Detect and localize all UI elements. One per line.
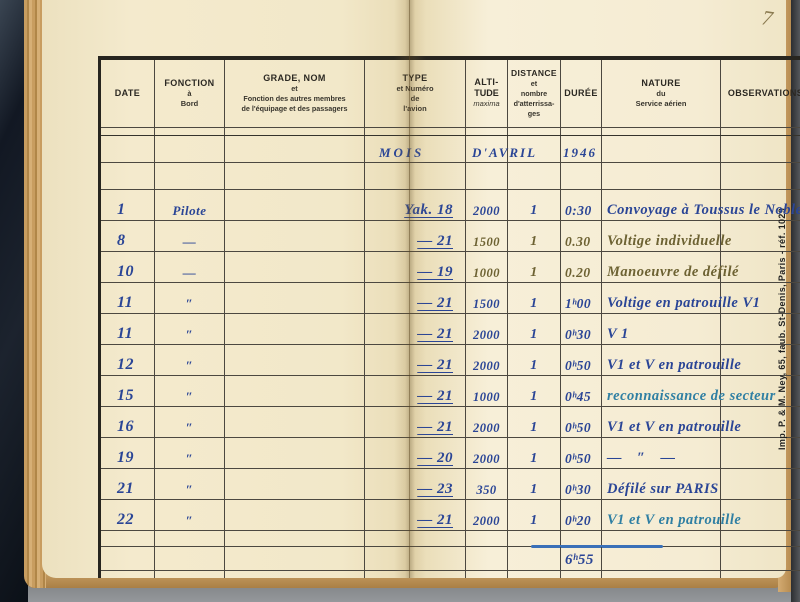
empty-cell — [508, 571, 561, 578]
cell-date: 11 — [101, 314, 155, 344]
header-line: FONCTION — [164, 78, 214, 88]
cell-grade — [225, 500, 365, 530]
column-header-fonction: FONCTIONàBord — [155, 60, 225, 135]
empty-cell — [561, 571, 602, 578]
cell-grade — [225, 407, 365, 437]
header-line: d'atterrissa- — [514, 99, 555, 108]
empty-cell — [101, 571, 155, 578]
column-header-nature: NATUREduService aérien — [602, 60, 721, 135]
table-row: 1PiloteYak. 18200010:30Convoyage à Touss… — [101, 190, 800, 221]
header-line: maxima — [473, 99, 499, 108]
cell-date: 12 — [101, 345, 155, 375]
cell-grade — [225, 252, 365, 282]
empty-cell — [101, 531, 155, 546]
cell-nature: Manoeuvre de défilé — [602, 252, 721, 282]
cell-type: — 21 — [365, 376, 466, 406]
cell-fonction — [155, 136, 225, 162]
empty-cell — [602, 163, 721, 189]
header-line: GRADE, NOM — [263, 73, 326, 83]
cell-nature: reconnaissance de secteur — [602, 376, 721, 406]
cell-type: — 21 — [365, 283, 466, 313]
month-label: MOIS — [365, 136, 466, 162]
empty-cell — [508, 163, 561, 189]
table-row: 19″— 20200010ʰ50— ″ — — [101, 438, 800, 469]
empty-cell — [101, 163, 155, 189]
cell-type: — 21 — [365, 314, 466, 344]
cell-nature: Défilé sur PARIS — [602, 469, 721, 499]
total-row: 6ʰ55 — [101, 547, 800, 571]
empty-cell — [721, 163, 800, 189]
scanned-logbook-spread: DATEFONCTIONàBordGRADE, NOMetFonction de… — [0, 0, 800, 602]
cell-distance: 1 — [508, 221, 561, 251]
cell-grade — [225, 283, 365, 313]
cell-distance: 1 — [508, 376, 561, 406]
table-row: 12″— 21200010ʰ50V1 et V en patrouille — [101, 345, 800, 376]
cell-grade — [225, 190, 365, 220]
cell-fonction: — — [155, 221, 225, 251]
cell-fonction: ″ — [155, 376, 225, 406]
header-line: DISTANCE — [511, 68, 557, 78]
header-line: OBSERVATIONS — [728, 88, 800, 98]
cell-grade — [225, 136, 365, 162]
cell-date: 22 — [101, 500, 155, 530]
empty-cell — [602, 571, 721, 578]
month-name: D'AVRIL — [466, 136, 508, 162]
cell-distance: 1 — [508, 283, 561, 313]
cell-grade — [225, 221, 365, 251]
table-body: 1PiloteYak. 18200010:30Convoyage à Touss… — [101, 190, 800, 531]
header-line: nombre — [521, 89, 547, 98]
empty-cell — [561, 531, 602, 546]
cell-type: — 19 — [365, 252, 466, 282]
cell-fonction: ″ — [155, 314, 225, 344]
header-line: Service aérien — [636, 99, 687, 108]
header-line: de — [411, 94, 420, 103]
cell-type: — 23 — [365, 469, 466, 499]
header-line: Bord — [181, 99, 199, 108]
cell-distance: 1 — [508, 438, 561, 468]
cell-type: — 20 — [365, 438, 466, 468]
cell-nature — [602, 136, 721, 162]
cell-duree: 0ʰ50 — [561, 407, 602, 437]
empty-cell — [466, 547, 508, 570]
cell-date: 8 — [101, 221, 155, 251]
cell-duree: 0ʰ30 — [561, 469, 602, 499]
header-line: TUDE — [474, 88, 499, 98]
cell-altitude: 1000 — [466, 376, 508, 406]
empty-cell — [602, 547, 721, 570]
cell-nature: V1 et V en patrouille — [602, 500, 721, 530]
header-line: ges — [528, 109, 540, 118]
cell-altitude: 2000 — [466, 438, 508, 468]
cell-altitude: 2000 — [466, 314, 508, 344]
printer-credit: Imp. P. & M. Ney, 65, faub. St-Denis, Pa… — [777, 88, 787, 570]
table-row: 22″— 21200010ʰ20V1 et V en patrouille — [101, 500, 800, 531]
cell-duree: 0.20 — [561, 252, 602, 282]
header-line: ALTI- — [474, 77, 498, 87]
cell-nature: Voltige individuelle — [602, 221, 721, 251]
cell-grade — [225, 469, 365, 499]
empty-cell — [561, 163, 602, 189]
cell-altitude: 2000 — [466, 407, 508, 437]
cell-nature: Voltige en patrouille V1 — [602, 283, 721, 313]
cell-date: 16 — [101, 407, 155, 437]
cell-fonction: Pilote — [155, 190, 225, 220]
header-line: DATE — [115, 88, 140, 98]
header-line: DURÉE — [564, 88, 598, 98]
cell-date: 10 — [101, 252, 155, 282]
empty-cell — [602, 531, 721, 546]
cell-distance: 1 — [508, 407, 561, 437]
cell-date: 19 — [101, 438, 155, 468]
cell-grade — [225, 438, 365, 468]
cell-duree: 1ʰ00 — [561, 283, 602, 313]
empty-cell — [365, 547, 466, 570]
cell-altitude: 1000 — [466, 252, 508, 282]
header-line: et — [291, 84, 297, 93]
header-line: du — [656, 89, 665, 98]
table-row: 10—— 19100010.20Manoeuvre de défilé — [101, 252, 800, 283]
column-header-altitude: ALTI-TUDEmaxima — [466, 60, 508, 135]
column-header-distance: DISTANCEetnombred'atterrissa-ges — [508, 60, 561, 135]
cell-fonction: ″ — [155, 469, 225, 499]
cell-nature: — ″ — — [602, 438, 721, 468]
cell-duree: 0.30 — [561, 221, 602, 251]
empty-cell — [721, 531, 800, 546]
table-row: 15″— 21100010ʰ45reconnaissance de secteu… — [101, 376, 800, 407]
page-number: 7 — [760, 5, 774, 31]
month-row: MOIS D'AVRIL 1946 — [101, 136, 800, 163]
column-header-observations: OBSERVATIONS — [721, 60, 800, 135]
cell-distance: 1 — [508, 345, 561, 375]
cell-date — [101, 136, 155, 162]
cell-observations — [721, 314, 800, 344]
cell-duree: 0ʰ20 — [561, 500, 602, 530]
header-line: Fonction des autres membres — [243, 94, 345, 103]
cell-duree: 0ʰ30 — [561, 314, 602, 344]
empty-cell — [155, 531, 225, 546]
cell-distance: 1 — [508, 314, 561, 344]
total-duree: 6ʰ55 — [561, 547, 602, 570]
cell-fonction: ″ — [155, 407, 225, 437]
cell-fonction: ″ — [155, 500, 225, 530]
cell-nature: V1 et V en patrouille — [602, 345, 721, 375]
empty-cell — [466, 531, 508, 546]
empty-cell — [466, 163, 508, 189]
cell-fonction: ″ — [155, 438, 225, 468]
header-line: l'avion — [403, 104, 426, 113]
cell-altitude: 2000 — [466, 190, 508, 220]
header-line: et Numéro — [396, 84, 433, 93]
table-row: 11″— 21200010ʰ30V 1 — [101, 314, 800, 345]
cell-duree: 0ʰ45 — [561, 376, 602, 406]
empty-cell — [365, 163, 466, 189]
table-header-row: DATEFONCTIONàBordGRADE, NOMetFonction de… — [101, 60, 800, 136]
logbook-page: DATEFONCTIONàBordGRADE, NOMetFonction de… — [42, 0, 786, 578]
empty-cell — [225, 571, 365, 578]
empty-cell — [225, 547, 365, 570]
cell-observations — [721, 469, 800, 499]
table-row: 11″— 21150011ʰ00Voltige en patrouille V1 — [101, 283, 800, 314]
month-year: 1946 — [561, 136, 602, 162]
cell-distance: 1 — [508, 469, 561, 499]
cell-type: Yak. 18 — [365, 190, 466, 220]
cell-duree: 0ʰ50 — [561, 438, 602, 468]
cell-altitude: 2000 — [466, 500, 508, 530]
column-header-type: TYPEet Numérodel'avion — [365, 60, 466, 135]
column-header-grade: GRADE, NOMetFonction des autres membresd… — [225, 60, 365, 135]
header-line: à — [187, 89, 191, 98]
empty-cell — [101, 547, 155, 570]
empty-row — [101, 571, 800, 578]
empty-cell — [225, 531, 365, 546]
cell-altitude: 350 — [466, 469, 508, 499]
cell-duree: 0ʰ50 — [561, 345, 602, 375]
empty-cell — [155, 547, 225, 570]
cell-nature: V1 et V en patrouille — [602, 407, 721, 437]
cell-observations — [721, 136, 800, 162]
cell-type: — 21 — [365, 221, 466, 251]
flight-log-table: DATEFONCTIONàBordGRADE, NOMetFonction de… — [98, 56, 800, 578]
empty-cell — [721, 571, 800, 578]
empty-cell — [365, 571, 466, 578]
empty-cell — [508, 531, 561, 546]
empty-row — [101, 163, 800, 190]
cell-date: 11 — [101, 283, 155, 313]
cell-observations — [721, 438, 800, 468]
table-row: 16″— 21200010ʰ50V1 et V en patrouille — [101, 407, 800, 438]
cell-altitude: 2000 — [466, 345, 508, 375]
cell-duree: 0:30 — [561, 190, 602, 220]
cell-altitude: 1500 — [466, 283, 508, 313]
header-line: et — [531, 79, 537, 88]
column-header-date: DATE — [101, 60, 155, 135]
cell-grade — [225, 376, 365, 406]
header-line: de l'équipage et des passagers — [242, 104, 348, 113]
empty-cell — [721, 547, 800, 570]
cell-fonction: — — [155, 252, 225, 282]
table-row: 8—— 21150010.30Voltige individuelle — [101, 221, 800, 252]
cell-distance: 1 — [508, 190, 561, 220]
header-line: TYPE — [402, 73, 427, 83]
cell-nature: V 1 — [602, 314, 721, 344]
cell-distance: 1 — [508, 500, 561, 530]
column-header-duree: DURÉE — [561, 60, 602, 135]
cell-grade — [225, 345, 365, 375]
cell-date: 15 — [101, 376, 155, 406]
empty-cell — [365, 531, 466, 546]
cell-type: — 21 — [365, 407, 466, 437]
empty-cell — [225, 163, 365, 189]
cell-grade — [225, 314, 365, 344]
empty-cell — [155, 571, 225, 578]
header-line: NATURE — [641, 78, 680, 88]
cell-fonction: ″ — [155, 345, 225, 375]
cell-fonction: ″ — [155, 283, 225, 313]
empty-cell — [155, 163, 225, 189]
cell-altitude: 1500 — [466, 221, 508, 251]
cell-date: 1 — [101, 190, 155, 220]
cell-observations — [721, 221, 800, 251]
cell-nature: Convoyage à Toussus le Noble — [602, 190, 721, 220]
empty-cell — [508, 547, 561, 570]
cell-date: 21 — [101, 469, 155, 499]
cell-type: — 21 — [365, 500, 466, 530]
table-row: 21″— 2335010ʰ30Défilé sur PARIS — [101, 469, 800, 500]
cell-type: — 21 — [365, 345, 466, 375]
cell-distance: 1 — [508, 252, 561, 282]
empty-cell — [466, 571, 508, 578]
empty-row — [101, 531, 800, 547]
